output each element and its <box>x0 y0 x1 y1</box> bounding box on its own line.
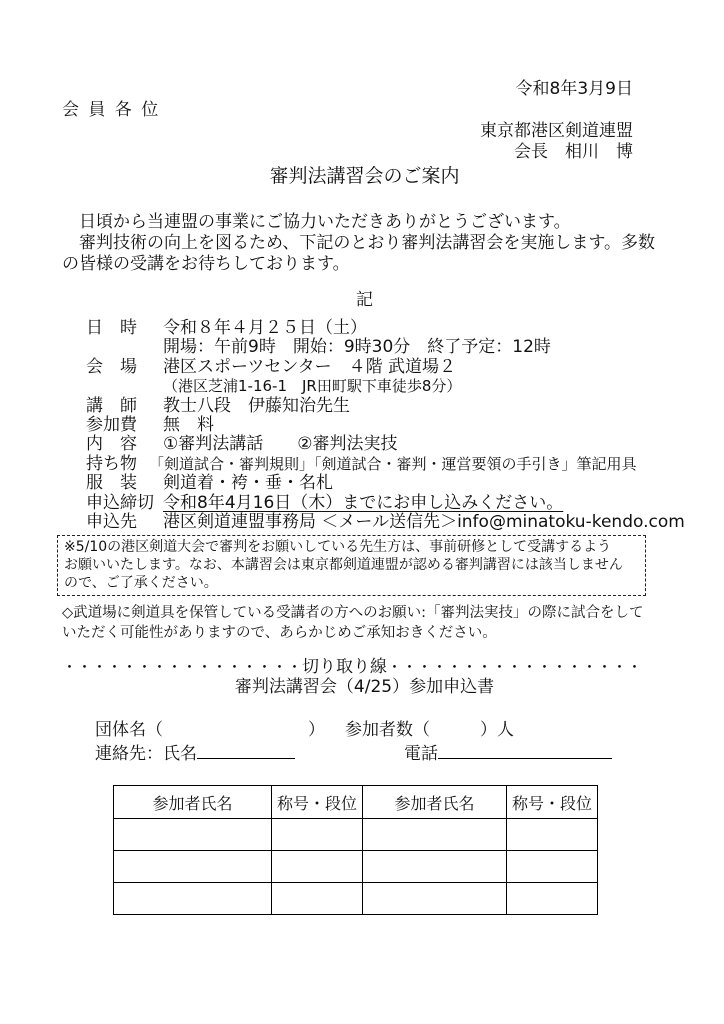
table-row <box>114 851 598 883</box>
document-page: 令和8年3月9日 会 員 各 位 東京都港区剣道連盟 会長 相川 博 審判法講習… <box>0 0 724 1024</box>
intro-line: 審判技術の向上を図るため、下記のとおり審判法講習会を実施します。多数 <box>62 233 667 254</box>
detail-row-deadline: 申込締切 令和8年4月16日（木）までにお申し込みください。 <box>62 494 667 513</box>
detail-label: 日 時 <box>86 319 154 338</box>
table-row <box>114 819 598 851</box>
detail-label: 講 師 <box>86 397 154 416</box>
equipment-note-line: ◇武道場に剣道具を保管している受講者の方へのお願い:「審判法実技」の際に試合をし… <box>62 603 667 623</box>
detail-value: （港区芝浦1-16-1 JR田町駅下車徒歩8分） <box>163 377 461 396</box>
participant-count-close: ）人 <box>480 720 514 740</box>
detail-row-datetime: 日 時 令和８年４月２５日（土） <box>62 319 667 338</box>
detail-value: 無 料 <box>163 416 214 435</box>
detail-value: 令和８年４月２５日（土） <box>163 319 367 338</box>
participants-table: 参加者氏名 称号・段位 参加者氏名 称号・段位 <box>113 785 598 915</box>
notice-line: ので、ご了承ください。 <box>64 574 639 592</box>
detail-row-schedule: 開場：午前9時 開始：9時30分 終了予定：12時 <box>62 338 667 357</box>
detail-row-venue: 会 場 港区スポーツセンター ４階 武道場２ <box>62 358 667 377</box>
detail-value: 港区剣道連盟事務局 ＜メール送信先＞info@minatoku-kendo.co… <box>163 513 685 532</box>
intro-line: の皆様の受講をお待ちしております。 <box>62 254 667 275</box>
table-cell <box>507 883 598 915</box>
cut-line-label: 切り取り線 <box>302 657 387 677</box>
cut-line-dots-left: ・・・・・・・・・・・・・・・・ <box>62 658 302 676</box>
col-header-participant-name: 参加者氏名 <box>114 786 272 819</box>
detail-row-contents: 内 容 ①審判法講話 ②審判法実技 <box>62 435 667 454</box>
detail-label: 申込先 <box>86 513 154 532</box>
addressee: 会 員 各 位 <box>62 100 667 121</box>
detail-label <box>86 377 154 396</box>
detail-row-instructor: 講 師 教士八段 伊藤知治先生 <box>62 397 667 416</box>
issue-date: 令和8年3月9日 <box>62 79 667 100</box>
detail-row-apply-to: 申込先 港区剣道連盟事務局 ＜メール送信先＞info@minatoku-kend… <box>62 513 667 532</box>
detail-value: 港区スポーツセンター ４階 武道場２ <box>163 358 456 377</box>
detail-row-bring: 持ち物 「剣道試合・審判規則」「剣道試合・審判・運営要領の手引き」筆記用具 <box>62 455 667 474</box>
notice-line: ※5/10の港区剣道大会で審判をお願いしている先生方は、事前研修として受講するよ… <box>64 538 639 556</box>
detail-value: 開場：午前9時 開始：9時30分 終了予定：12時 <box>163 338 551 357</box>
table-cell <box>363 851 507 883</box>
table-cell <box>507 851 598 883</box>
form-row-contact: 連絡先：氏名電話 <box>95 741 667 765</box>
table-header-row: 参加者氏名 称号・段位 参加者氏名 称号・段位 <box>114 786 598 819</box>
table-cell <box>272 851 363 883</box>
contact-name-label: 連絡先：氏名 <box>95 744 197 764</box>
equipment-note-line: いただく可能性がありますので、あらかじめご承知おきください。 <box>62 623 667 643</box>
detail-value: 剣道着・袴・垂・名札 <box>163 474 333 493</box>
participant-count-label: 参加者数（ <box>345 720 430 740</box>
detail-label: 服 装 <box>86 474 154 493</box>
cut-line-dots-right: ・・・・・・・・・・・・・・・・・ <box>387 658 642 676</box>
detail-row-address: （港区芝浦1-16-1 JR田町駅下車徒歩8分） <box>62 377 667 396</box>
phone-label: 電話 <box>404 744 438 764</box>
detail-label: 内 容 <box>86 435 154 454</box>
contact-name-field <box>197 741 295 759</box>
detail-value: 令和8年4月16日（木）までにお申し込みください。 <box>163 494 563 513</box>
equipment-note: ◇武道場に剣道具を保管している受講者の方へのお願い:「審判法実技」の際に試合をし… <box>62 603 667 643</box>
detail-label: 会 場 <box>86 358 154 377</box>
detail-value: 「剣道試合・審判規則」「剣道試合・審判・運営要領の手引き」筆記用具 <box>149 455 637 474</box>
form-row-group: 団体名（）参加者数（）人 <box>95 720 667 741</box>
cut-line: ・・・・・・・・・・・・・・・・切り取り線・・・・・・・・・・・・・・・・・ <box>62 658 667 676</box>
application-form-title: 審判法講習会（4/25）参加申込書 <box>62 677 667 698</box>
table-cell <box>114 883 272 915</box>
detail-value: ①審判法講話 ②審判法実技 <box>163 435 397 454</box>
notice-line: お願いいたします。なお、本講習会は東京都剣道連盟が認める審判講習には該当しません <box>64 556 639 574</box>
table-cell <box>363 819 507 851</box>
detail-value: 教士八段 伊藤知治先生 <box>163 397 350 416</box>
table-cell <box>272 819 363 851</box>
ki-heading: 記 <box>62 290 667 311</box>
intro-line: 日頃から当連盟の事業にご協力いただきありがとうございます。 <box>62 212 667 233</box>
table-cell <box>272 883 363 915</box>
detail-label <box>86 338 154 357</box>
table-cell <box>507 819 598 851</box>
detail-row-dress: 服 装 剣道着・袴・垂・名札 <box>62 474 667 493</box>
details-list: 日 時 令和８年４月２５日（土） 開場：午前9時 開始：9時30分 終了予定：1… <box>62 319 667 532</box>
detail-label: 申込締切 <box>86 494 154 513</box>
table-row <box>114 883 598 915</box>
table-cell <box>363 883 507 915</box>
detail-label: 参加費 <box>86 416 154 435</box>
detail-row-fee: 参加費 無 料 <box>62 416 667 435</box>
col-header-title-rank: 称号・段位 <box>507 786 598 819</box>
page-title: 審判法講習会のご案内 <box>62 163 667 190</box>
detail-label: 持ち物 <box>86 455 154 474</box>
group-name-close: ） <box>308 720 325 740</box>
president-name: 会長 相川 博 <box>62 142 667 163</box>
intro-paragraph: 日頃から当連盟の事業にご協力いただきありがとうございます。 審判技術の向上を図る… <box>62 212 667 275</box>
notice-box: ※5/10の港区剣道大会で審判をお願いしている先生方は、事前研修として受講するよ… <box>57 535 646 596</box>
col-header-title-rank: 称号・段位 <box>272 786 363 819</box>
col-header-participant-name: 参加者氏名 <box>363 786 507 819</box>
table-cell <box>114 819 272 851</box>
organization-name: 東京都港区剣道連盟 <box>62 121 667 142</box>
table-cell <box>114 851 272 883</box>
phone-field <box>438 741 612 759</box>
group-name-label: 団体名（ <box>95 720 163 740</box>
